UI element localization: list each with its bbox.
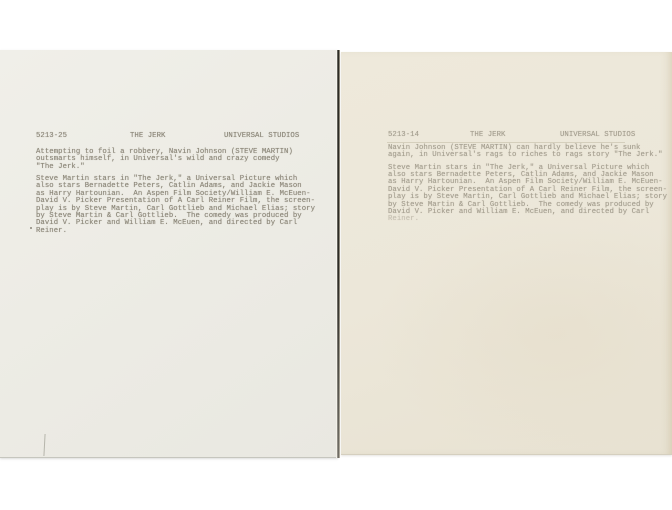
credit-line: Reiner. bbox=[388, 216, 419, 224]
ink-speck bbox=[30, 227, 32, 229]
photo-background: { "colors": { "background": "#ffffff", "… bbox=[0, 0, 672, 510]
right-film-title: THE JERK bbox=[470, 132, 505, 140]
header-rule bbox=[387, 142, 625, 143]
caption-line: "The Jerk." bbox=[36, 164, 85, 172]
right-caption-sheet: 5213-14 THE JERK UNIVERSAL STUDIOS Navin… bbox=[341, 52, 672, 455]
right-studio-name: UNIVERSAL STUDIOS bbox=[560, 132, 635, 140]
left-photo-code: 5213-25 bbox=[36, 133, 67, 141]
caption-line: again, in Universal's rags to riches to … bbox=[388, 152, 663, 160]
left-studio-name: UNIVERSAL STUDIOS bbox=[224, 133, 299, 141]
sheet-edge-divider bbox=[336, 50, 340, 458]
credit-line: Reiner. bbox=[36, 228, 67, 236]
credit-line: David V. Picker and William E. McEuen, a… bbox=[388, 209, 649, 217]
paper-crease bbox=[43, 434, 45, 456]
credit-line: David V. Picker and William E. McEuen, a… bbox=[36, 220, 297, 228]
right-photo-code: 5213-14 bbox=[388, 132, 419, 140]
left-caption-sheet: 5213-25 THE JERK UNIVERSAL STUDIOS Attem… bbox=[0, 50, 338, 458]
left-film-title: THE JERK bbox=[130, 133, 165, 141]
